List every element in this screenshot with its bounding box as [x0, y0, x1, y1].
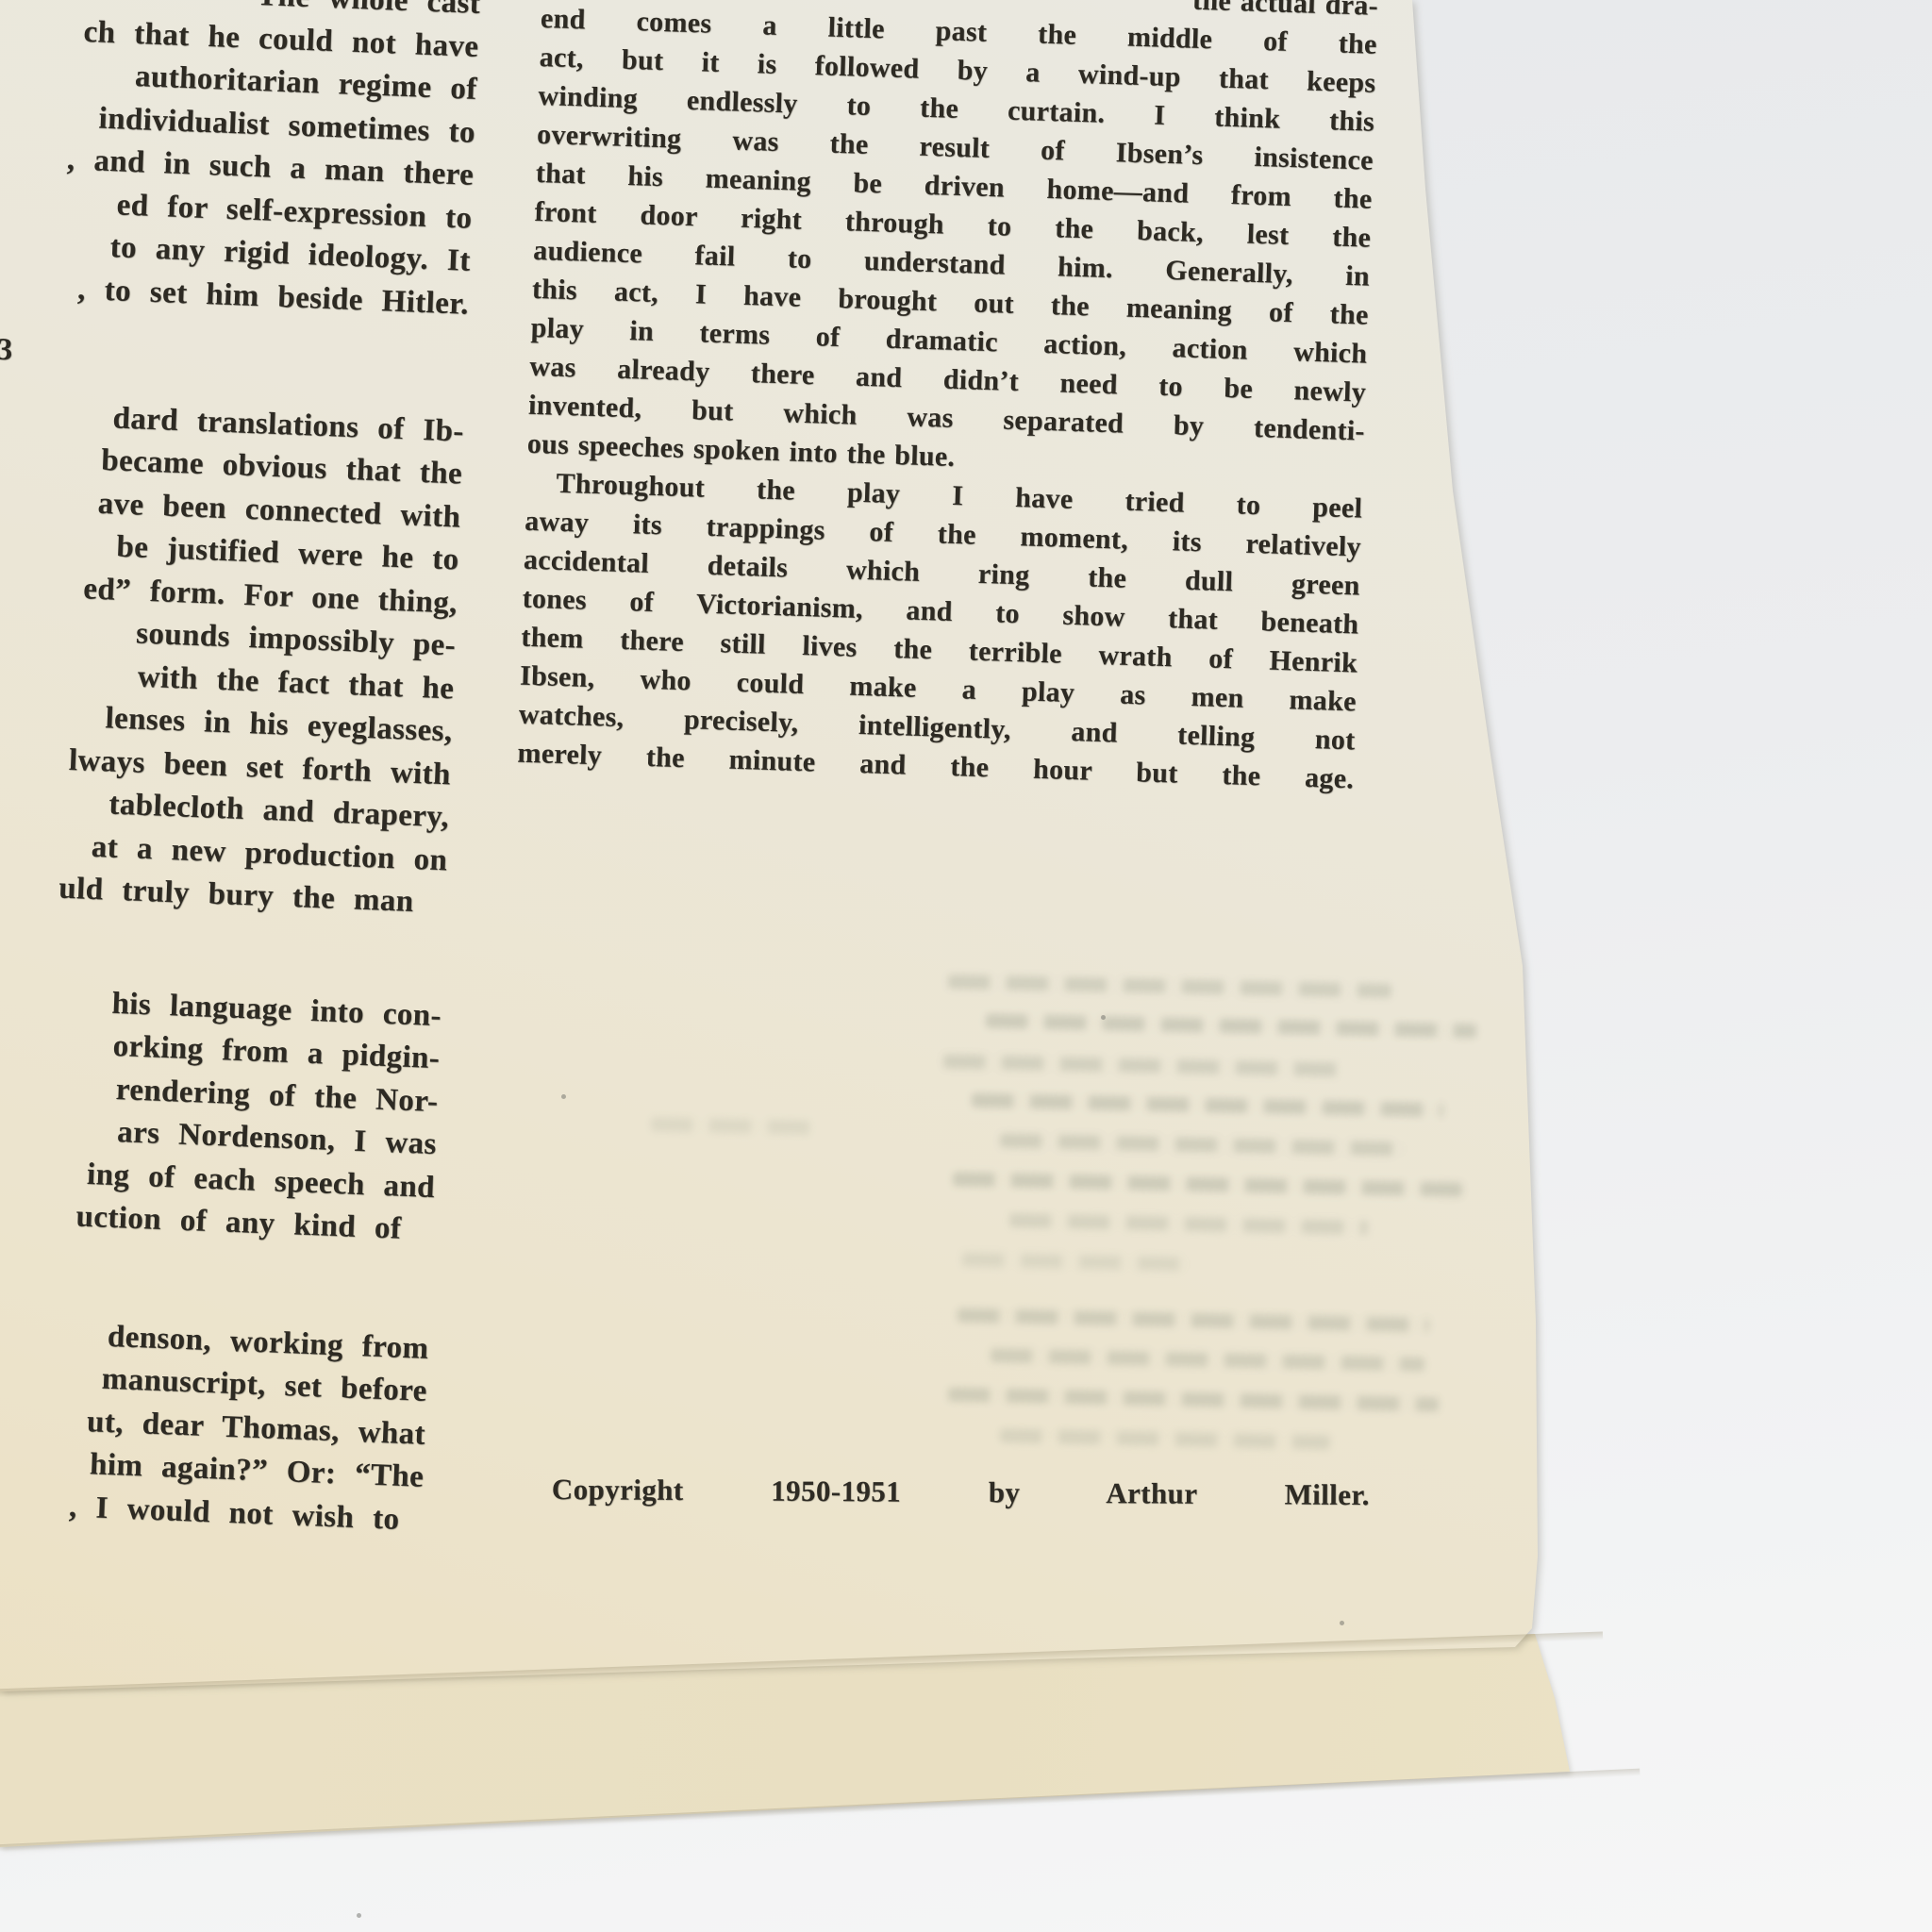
book-page: The whole castch that he could not havea… — [0, 0, 1932, 1932]
ghost-line — [1000, 1133, 1406, 1156]
ghost-line — [1368, 1692, 1453, 1708]
ghost-line — [958, 1308, 1429, 1332]
ghost-line — [651, 1117, 811, 1135]
ghost-line — [991, 1348, 1424, 1372]
ghost-line — [948, 1388, 1439, 1412]
dust-speck — [357, 1913, 361, 1918]
ghost-line — [1009, 1213, 1368, 1235]
page-paper: The whole castch that he could not havea… — [0, 0, 1932, 1932]
dust-speck — [561, 1094, 566, 1099]
show-through-text — [0, 0, 1932, 1932]
ghost-line — [943, 1055, 1340, 1077]
ghost-line — [953, 1172, 1462, 1196]
ghost-line — [972, 1093, 1443, 1117]
dust-speck — [1340, 1621, 1344, 1625]
ghost-line — [1000, 1428, 1330, 1449]
ghost-line — [948, 974, 1391, 998]
ghost-line — [986, 1014, 1476, 1039]
dust-speck — [1101, 1015, 1106, 1020]
ghost-line — [962, 1252, 1189, 1271]
